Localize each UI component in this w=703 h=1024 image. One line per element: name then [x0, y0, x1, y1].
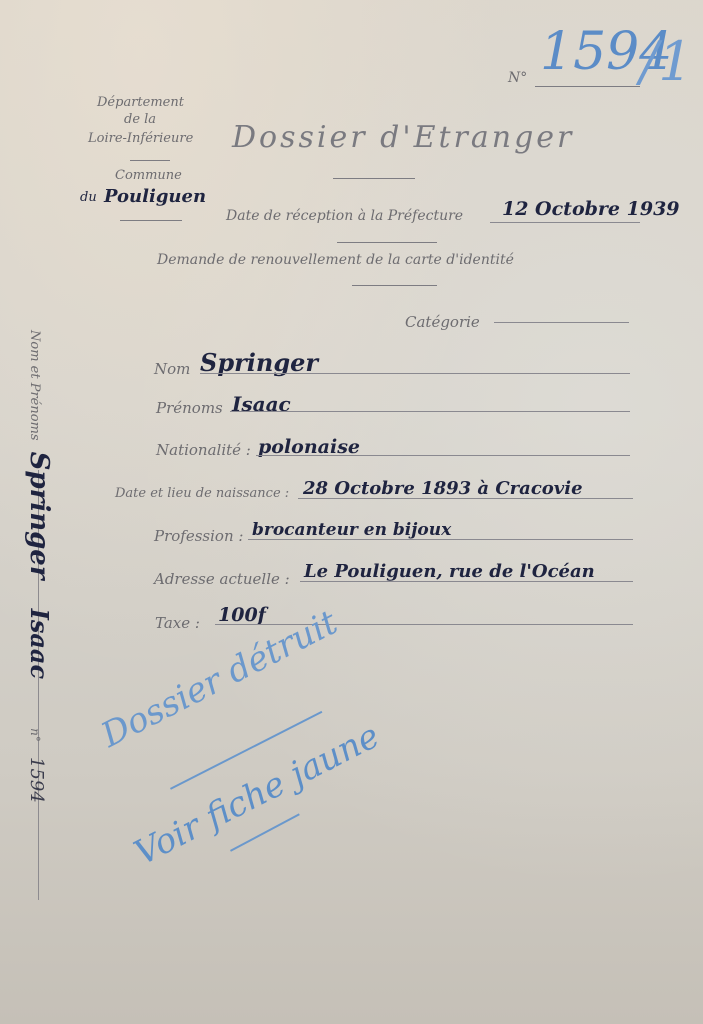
field-label-nom: Nom [154, 360, 190, 378]
reception-label: Date de réception à la Préfecture [226, 208, 463, 224]
reception-underline [490, 222, 640, 223]
field-label-nationalite: Nationalité : [156, 441, 251, 459]
field-label-prenoms: Prénoms [156, 399, 223, 417]
field-line-profession [248, 539, 633, 540]
reception-date: 12 Octobre 1939 [502, 198, 680, 220]
annotation-line2: Voir fiche jaune [128, 716, 386, 874]
field-value-naissance: 28 Octobre 1893 à Cracovie [303, 478, 583, 499]
department-label: Département [97, 95, 184, 110]
reception-separator [337, 242, 437, 243]
document-title: Dossier d'Etranger [232, 120, 574, 155]
commune-underline [120, 220, 182, 221]
title-underline [333, 178, 415, 179]
field-value-taxe: 100f [218, 604, 266, 626]
field-line-adresse [300, 581, 633, 582]
margin-number-label: n° [28, 728, 42, 742]
department-de-la: de la [124, 112, 156, 127]
dossier-number-suffix: /1 [640, 30, 693, 93]
field-label-categorie: Catégorie [405, 313, 480, 331]
department-underline [130, 160, 170, 161]
field-value-prenoms: Isaac [232, 392, 291, 416]
number-label: N° [508, 70, 527, 86]
commune-label: Commune [115, 168, 182, 183]
field-line-taxe [215, 624, 633, 625]
field-label-profession: Profession : [154, 527, 243, 545]
margin-number: 1594 [26, 757, 47, 803]
margin-surname: Springer [24, 452, 54, 580]
number-underline [535, 86, 640, 87]
field-label-adresse: Adresse actuelle : [154, 570, 290, 588]
field-label-taxe: Taxe : [155, 614, 200, 632]
field-line-nationalite [256, 455, 630, 456]
document-page: N° 1594 /1 Département de la Loire-Infér… [0, 0, 703, 1024]
margin-given-name: Isaac [25, 609, 54, 679]
margin-block: Nom et Prénoms Springer Isaac n° 1594 [24, 330, 54, 803]
commune-prefix: du [80, 190, 97, 205]
field-line-prenoms [230, 411, 630, 412]
request-separator [352, 285, 437, 286]
margin-label: Nom et Prénoms [27, 330, 42, 441]
field-value-profession: brocanteur en bijoux [252, 520, 451, 540]
commune-value: Pouliguen [104, 186, 206, 207]
request-text: Demande de renouvellement de la carte d'… [157, 252, 514, 268]
field-value-adresse: Le Pouliguen, rue de l'Océan [304, 561, 595, 582]
field-label-naissance: Date et lieu de naissance : [115, 486, 289, 501]
field-line-categorie [494, 322, 629, 323]
field-line-naissance [298, 498, 633, 499]
department-name: Loire-Inférieure [88, 131, 193, 146]
field-line-nom [200, 373, 630, 374]
